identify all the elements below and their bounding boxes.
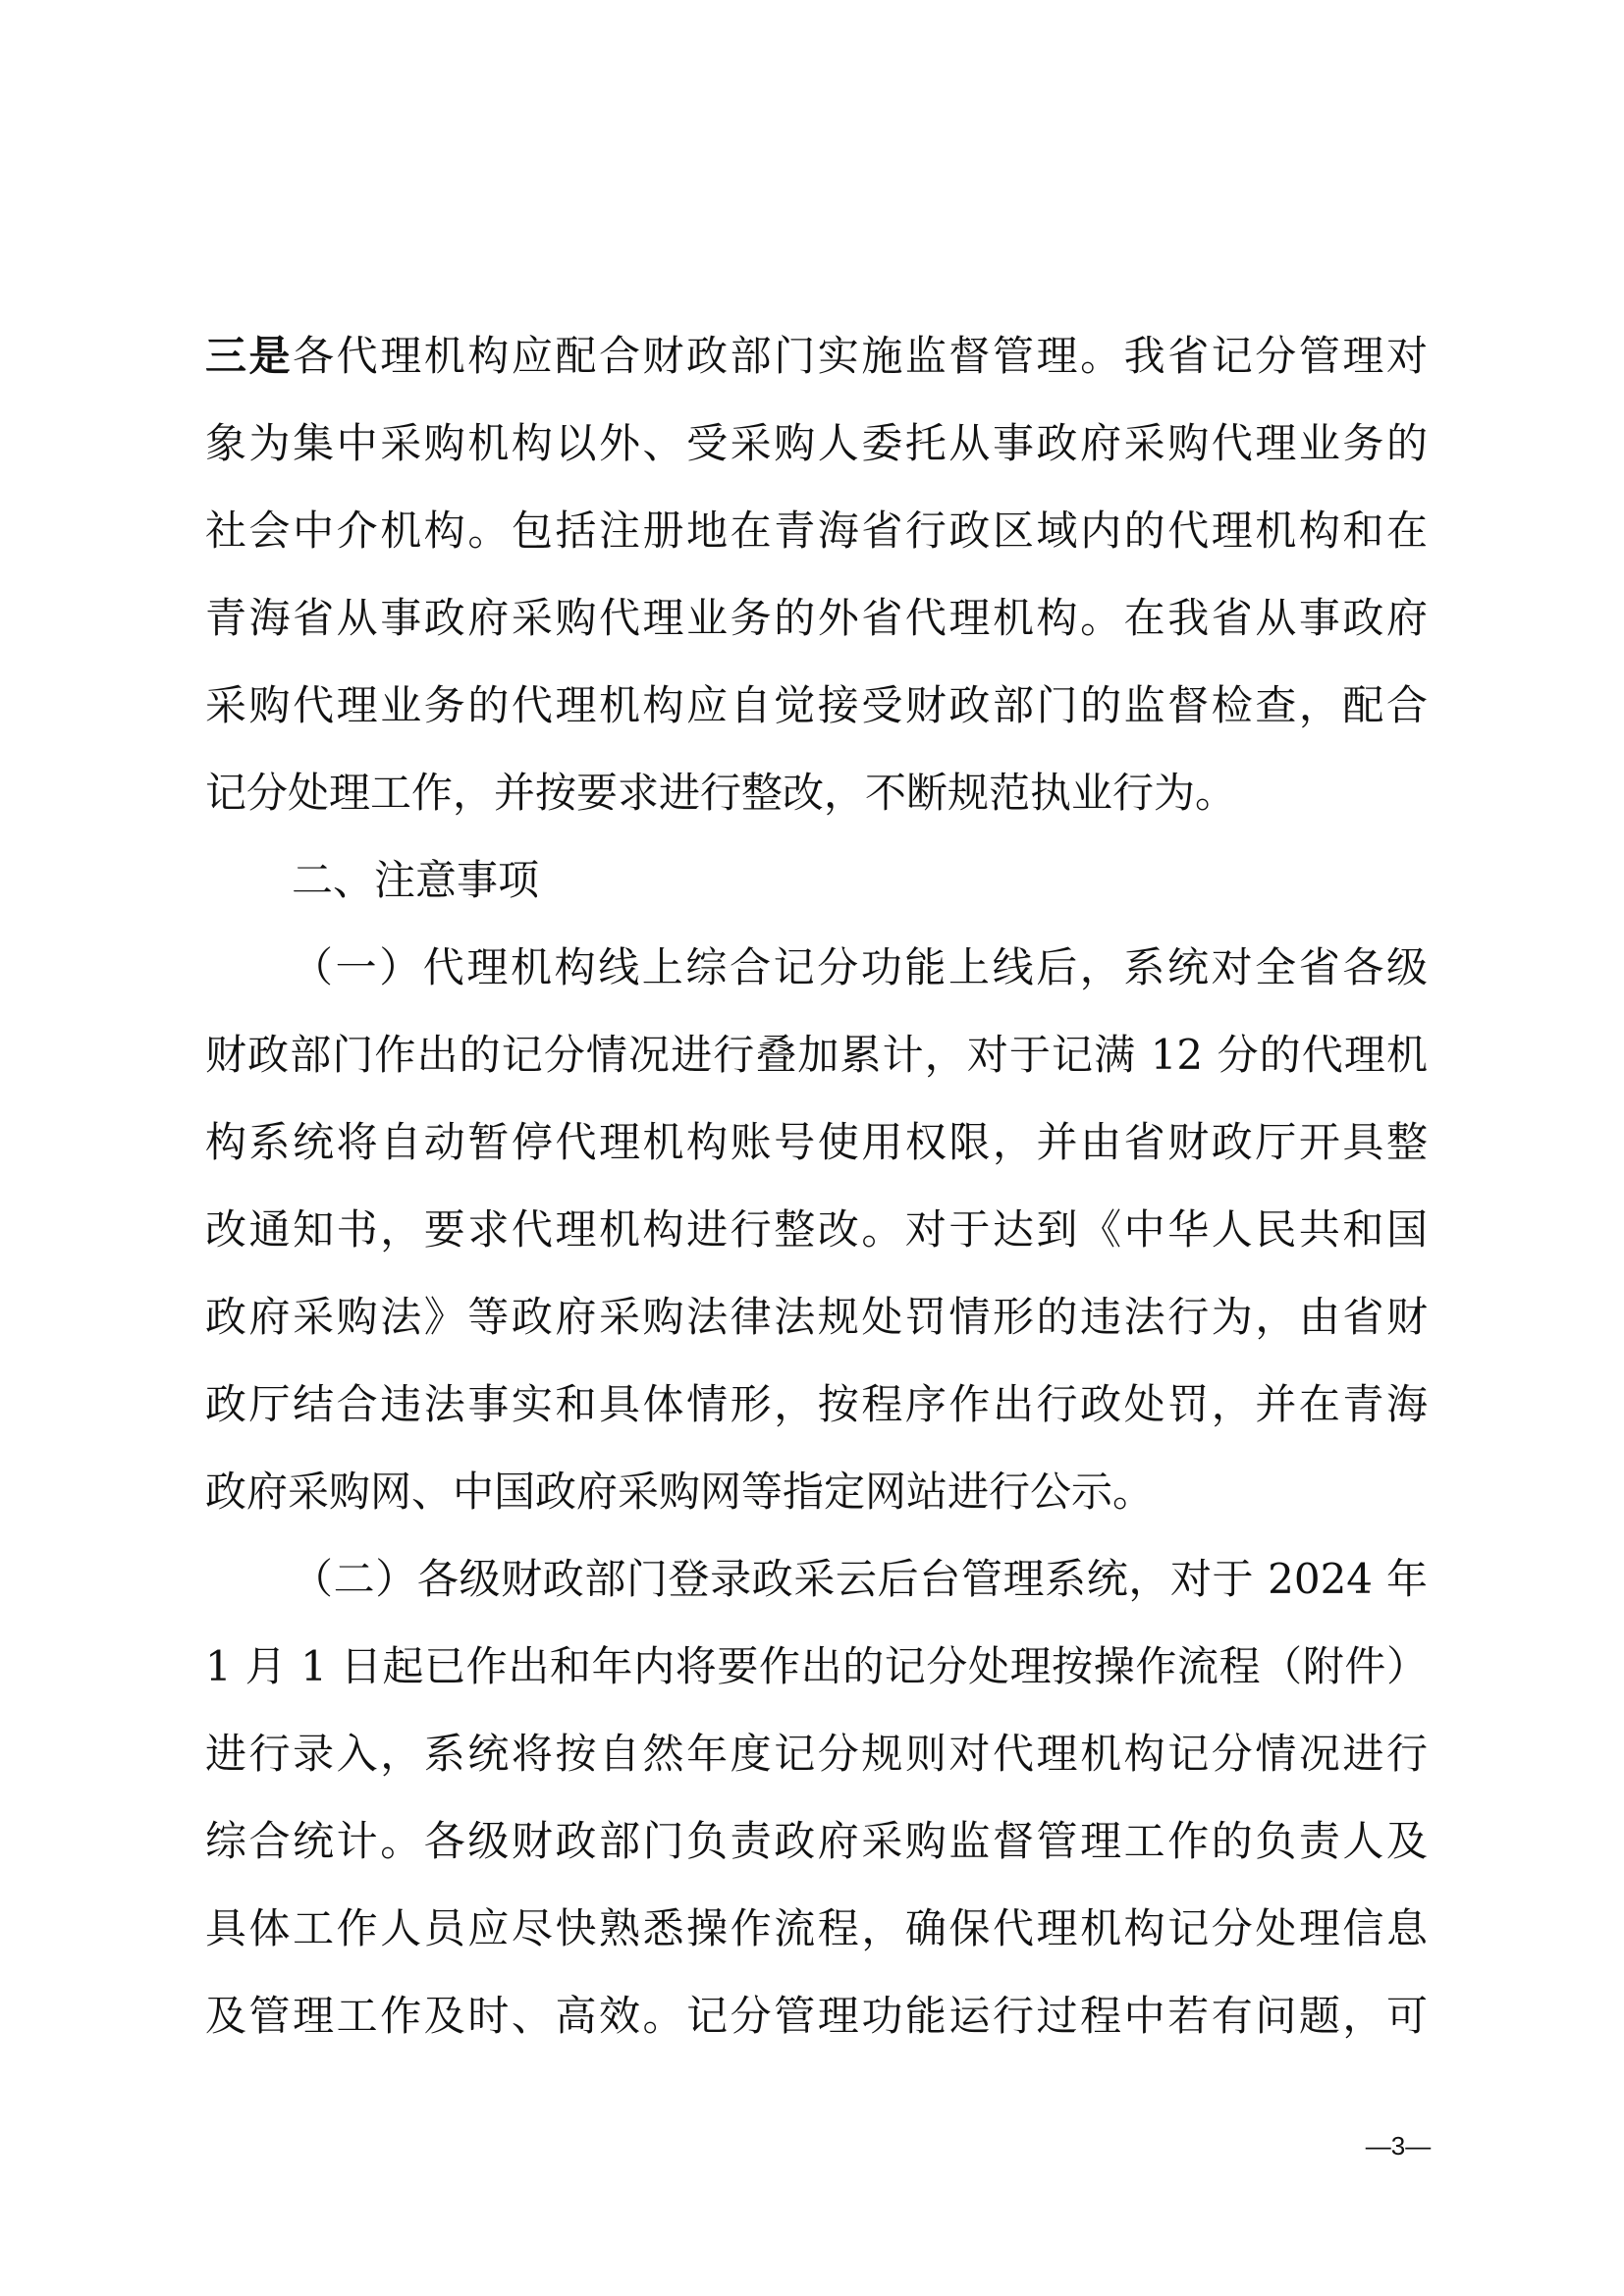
paragraph-line: 改通知书，要求代理机构进行整改。对于达到《中华人民共和国: [205, 1186, 1428, 1273]
paragraph-line: 三是各代理机构应配合财政部门实施监督管理。我省记分管理对: [205, 312, 1428, 400]
paragraph-line: 政厅结合违法事实和具体情形，按程序作出行政处罚，并在青海: [205, 1361, 1428, 1448]
paragraph-line: 青海省从事政府采购代理业务的外省代理机构。在我省从事政府: [205, 574, 1428, 662]
paragraph-line: 1 月 1 日起已作出和年内将要作出的记分处理按操作流程（附件）: [205, 1623, 1428, 1710]
paragraph-line: （二）各级财政部门登录政采云后台管理系统，对于 2024 年: [205, 1535, 1428, 1623]
paragraph-line: 及管理工作及时、高效。记分管理功能运行过程中若有问题，可: [205, 1972, 1428, 2059]
body-text: 三是各代理机构应配合财政部门实施监督管理。我省记分管理对 象为集中采购机构以外、…: [205, 312, 1428, 2059]
paragraph-line: 进行录入，系统将按自然年度记分规则对代理机构记分情况进行: [205, 1710, 1428, 1797]
section-heading: 二、注意事项: [205, 836, 1428, 924]
line-text: 各代理机构应配合财政部门实施监督管理。我省记分管理对: [293, 332, 1428, 380]
paragraph-line: 政府采购法》等政府采购法律法规处罚情形的违法行为，由省财: [205, 1273, 1428, 1361]
paragraph-line: 政府采购网、中国政府采购网等指定网站进行公示。: [205, 1448, 1428, 1535]
document-page: 三是各代理机构应配合财政部门实施监督管理。我省记分管理对 象为集中采购机构以外、…: [0, 0, 1624, 2296]
paragraph-line: 象为集中采购机构以外、受采购人委托从事政府采购代理业务的: [205, 400, 1428, 487]
paragraph-line: 具体工作人员应尽快熟悉操作流程，确保代理机构记分处理信息: [205, 1885, 1428, 1972]
paragraph-line: 社会中介机构。包括注册地在青海省行政区域内的代理机构和在: [205, 487, 1428, 574]
paragraph-line: 构系统将自动暂停代理机构账号使用权限，并由省财政厅开具整: [205, 1098, 1428, 1186]
page-number: —3—: [1361, 2126, 1435, 2165]
paragraph-line: （一）代理机构线上综合记分功能上线后，系统对全省各级: [205, 924, 1428, 1011]
paragraph-line: 采购代理业务的代理机构应自觉接受财政部门的监督检查，配合: [205, 662, 1428, 749]
paragraph-line: 综合统计。各级财政部门负责政府采购监督管理工作的负责人及: [205, 1797, 1428, 1885]
paragraph-line: 财政部门作出的记分情况进行叠加累计，对于记满 12 分的代理机: [205, 1011, 1428, 1098]
bold-lead-text: 三是: [205, 332, 293, 380]
paragraph-line: 记分处理工作，并按要求进行整改，不断规范执业行为。: [205, 749, 1428, 836]
